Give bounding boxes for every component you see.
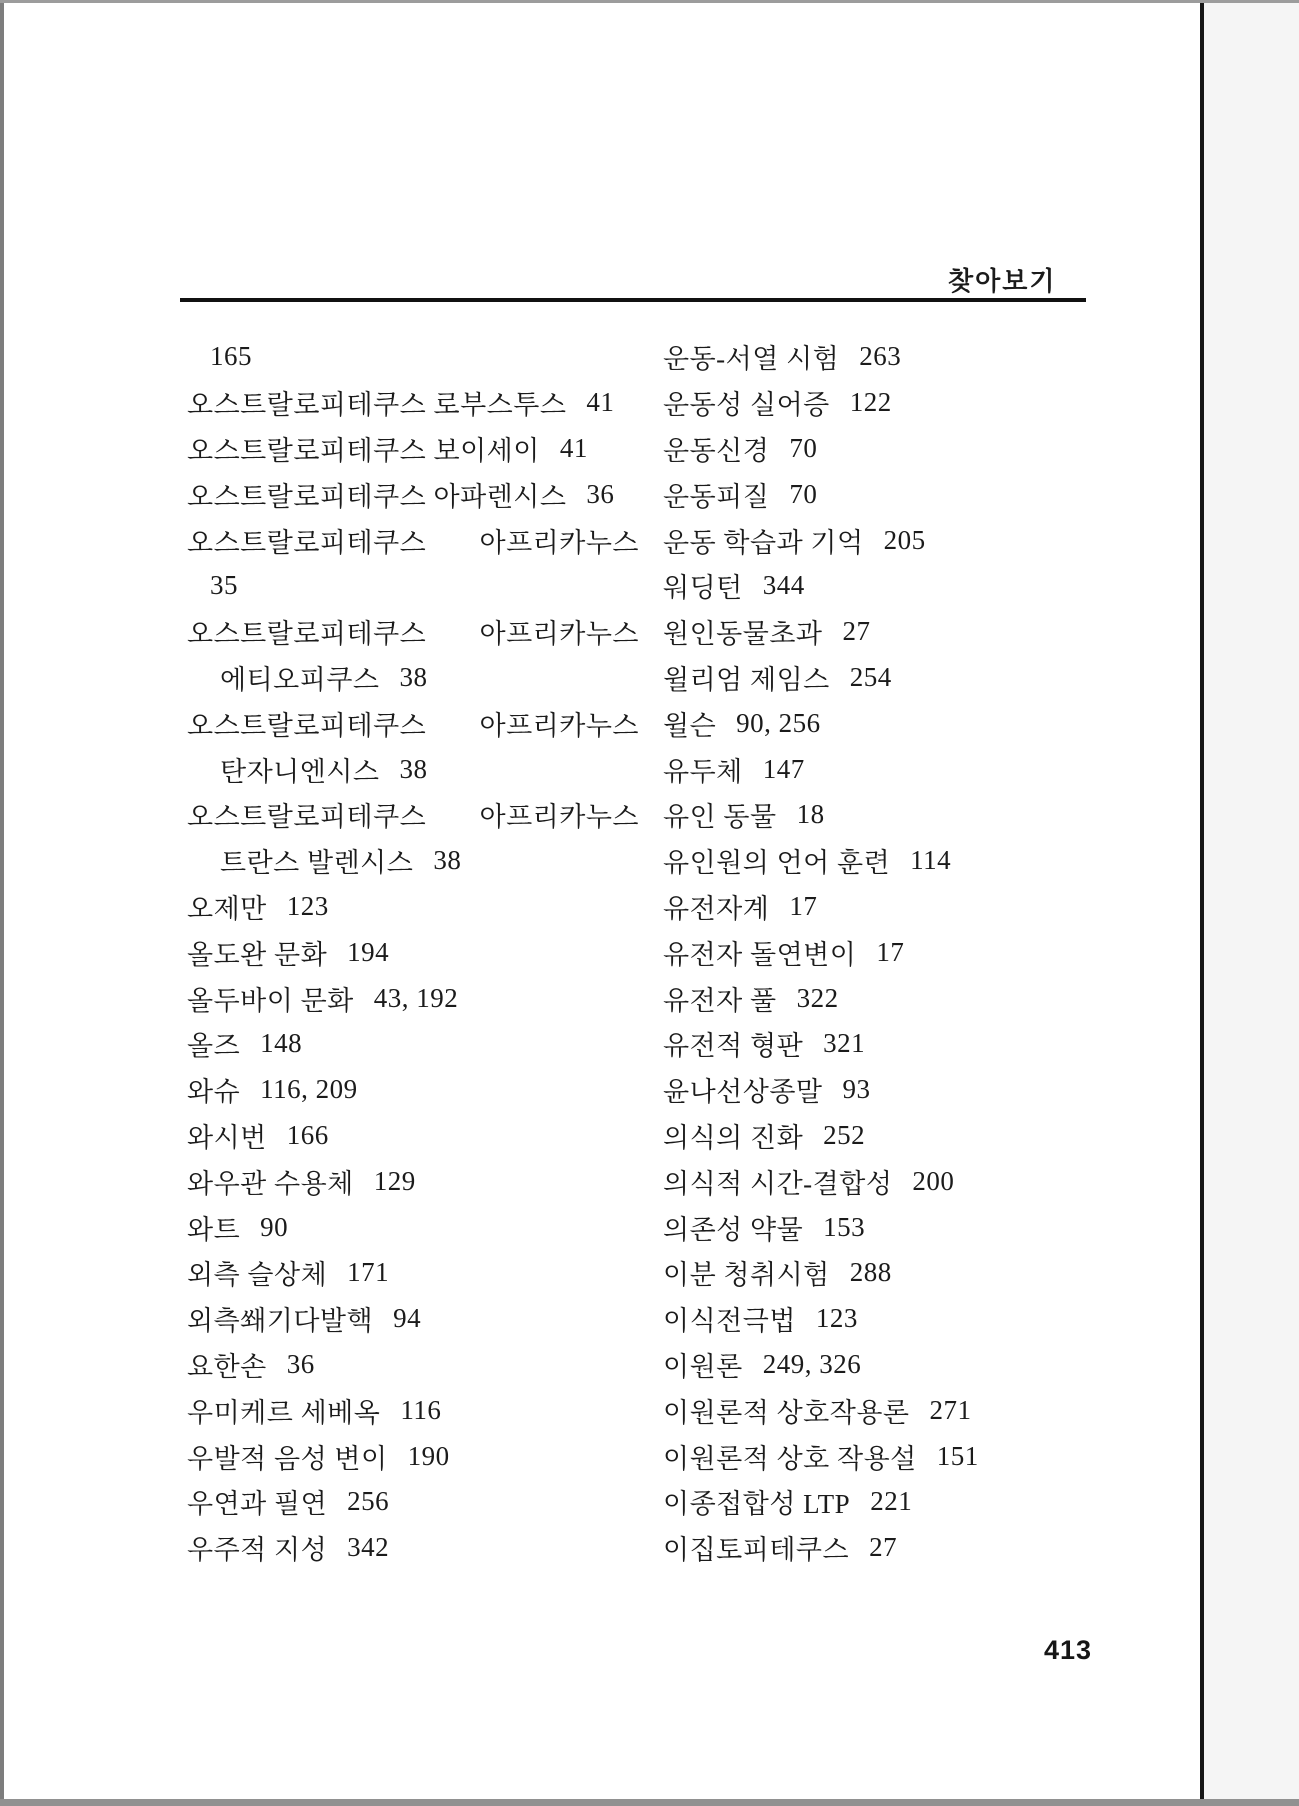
index-entry: 에티오피쿠스38 xyxy=(187,655,647,701)
index-term-continued: 아프리카누스 xyxy=(480,795,640,834)
index-page-numbers: 70 xyxy=(789,433,817,464)
index-entry: 유전적 형판321 xyxy=(663,1021,1083,1067)
index-term: 와트 xyxy=(187,1208,240,1247)
header-rule xyxy=(180,298,1086,302)
index-page-numbers: 38 xyxy=(400,662,428,693)
index-page-numbers: 153 xyxy=(823,1212,865,1243)
index-term: 윌슨 xyxy=(663,704,716,743)
index-term: 오스트랄로피테쿠스 아파렌시스 xyxy=(187,475,566,514)
index-term: 오스트랄로피테쿠스 xyxy=(187,795,426,834)
index-page-numbers: 151 xyxy=(937,1441,979,1472)
index-page-numbers: 41 xyxy=(560,433,588,464)
index-page-numbers: 263 xyxy=(859,341,901,372)
index-page-numbers: 221 xyxy=(870,1486,912,1517)
index-page-numbers: 147 xyxy=(763,754,805,785)
index-entry: 오스트랄로피테쿠스 아파렌시스36 xyxy=(187,471,647,517)
index-page-numbers: 70 xyxy=(789,479,817,510)
index-term: 오제만 xyxy=(187,887,267,926)
index-term: 유전적 형판 xyxy=(663,1024,803,1063)
index-page-numbers: 116 xyxy=(400,1395,441,1426)
index-entry: 이식전극법123 xyxy=(663,1296,1083,1342)
index-term-continued: 아프리카누스 xyxy=(480,612,640,651)
index-page-numbers: 288 xyxy=(850,1257,892,1288)
index-page-numbers: 93 xyxy=(843,1074,871,1105)
index-column-left: 165오스트랄로피테쿠스 로부스투스41오스트랄로피테쿠스 보이세이41오스트랄… xyxy=(187,334,647,1571)
index-entry: 유두체147 xyxy=(663,746,1083,792)
index-term: 와우관 수용체 xyxy=(187,1162,354,1201)
index-page-numbers: 116, 209 xyxy=(260,1074,358,1105)
index-term: 유전자 풀 xyxy=(663,979,777,1018)
index-entry: 운동신경70 xyxy=(663,426,1083,472)
index-term: 오스트랄로피테쿠스 보이세이 xyxy=(187,429,540,468)
index-page-numbers: 90 xyxy=(260,1212,288,1243)
index-term: 이원론적 상호작용론 xyxy=(663,1391,910,1430)
index-entry: 운동성 실어증122 xyxy=(663,380,1083,426)
index-entry: 요한손36 xyxy=(187,1342,647,1388)
index-term: 유인 동물 xyxy=(663,795,777,834)
index-term: 올즈 xyxy=(187,1024,240,1063)
index-entry: 이원론249, 326 xyxy=(663,1342,1083,1388)
index-page-numbers: 38 xyxy=(433,845,461,876)
index-term: 올두바이 문화 xyxy=(187,979,354,1018)
index-page-numbers: 321 xyxy=(823,1028,865,1059)
index-entry: 오제만123 xyxy=(187,884,647,930)
scan-bottom-edge xyxy=(0,1799,1299,1806)
index-term: 오스트랄로피테쿠스 xyxy=(187,704,426,743)
index-entry: 의식의 진화252 xyxy=(663,1113,1083,1159)
index-term: 요한손 xyxy=(187,1345,267,1384)
index-term: 윤나선상종말 xyxy=(663,1070,823,1109)
index-term: 탄자니엔시스 xyxy=(220,750,380,789)
index-term: 유전자계 xyxy=(663,887,769,926)
index-entry: 이원론적 상호작용론271 xyxy=(663,1387,1083,1433)
index-term: 운동성 실어증 xyxy=(663,383,830,422)
index-page-numbers: 249, 326 xyxy=(763,1349,862,1380)
index-page-numbers: 36 xyxy=(586,479,614,510)
index-page-numbers: 166 xyxy=(287,1120,329,1151)
index-page-numbers: 94 xyxy=(393,1303,421,1334)
index-page-numbers: 123 xyxy=(816,1303,858,1334)
index-term: 오스트랄로피테쿠스 로부스투스 xyxy=(187,383,566,422)
index-entry: 의존성 약물153 xyxy=(663,1204,1083,1250)
index-term: 운동피질 xyxy=(663,475,769,514)
index-entry: 우연과 필연256 xyxy=(187,1479,647,1525)
index-term: 와슈 xyxy=(187,1070,240,1109)
index-term: 운동 학습과 기억 xyxy=(663,521,864,560)
index-term: 와시번 xyxy=(187,1116,267,1155)
index-page-numbers: 342 xyxy=(347,1532,389,1563)
index-page-numbers: 123 xyxy=(287,891,329,922)
index-term: 트란스 발렌시스 xyxy=(220,841,413,880)
index-entry: 오스트랄로피테쿠스아프리카누스 xyxy=(187,517,647,563)
index-page-numbers: 205 xyxy=(884,525,926,556)
index-term: 유두체 xyxy=(663,750,743,789)
index-entry: 오스트랄로피테쿠스아프리카누스 xyxy=(187,609,647,655)
index-page-numbers: 129 xyxy=(374,1166,416,1197)
index-term: 워딩턴 xyxy=(663,566,743,605)
index-entry: 35 xyxy=(187,563,647,609)
index-entry: 165 xyxy=(187,334,647,380)
index-term: 우연과 필연 xyxy=(187,1482,327,1521)
index-column-right: 운동-서열 시험263운동성 실어증122운동신경70운동피질70운동 학습과 … xyxy=(663,334,1083,1571)
index-entry: 오스트랄로피테쿠스 로부스투스41 xyxy=(187,380,647,426)
index-term: 이원론적 상호 작용설 xyxy=(663,1437,917,1476)
page-number: 413 xyxy=(1044,1635,1092,1666)
index-entry: 유인 동물18 xyxy=(663,792,1083,838)
index-term: 우발적 음성 변이 xyxy=(187,1437,388,1476)
index-term-continued: 아프리카누스 xyxy=(480,704,640,743)
index-page-numbers: 322 xyxy=(797,983,839,1014)
index-page-numbers: 254 xyxy=(850,662,892,693)
index-entry: 외측 슬상체171 xyxy=(187,1250,647,1296)
index-page-numbers: 194 xyxy=(347,937,389,968)
index-term: 외측 슬상체 xyxy=(187,1253,327,1292)
index-term: 윌리엄 제임스 xyxy=(663,658,830,697)
index-entry: 올두바이 문화43, 192 xyxy=(187,975,647,1021)
index-entry: 유전자계17 xyxy=(663,884,1083,930)
index-entry: 오스트랄로피테쿠스아프리카누스 xyxy=(187,792,647,838)
index-page-numbers: 271 xyxy=(930,1395,972,1426)
index-term: 165 xyxy=(210,341,252,372)
index-term: 오스트랄로피테쿠스 xyxy=(187,612,426,651)
index-page-numbers: 114 xyxy=(910,845,951,876)
index-term: 에티오피쿠스 xyxy=(220,658,380,697)
index-term: 이식전극법 xyxy=(663,1299,796,1338)
index-term: 오스트랄로피테쿠스 xyxy=(187,521,426,560)
index-entry: 와시번166 xyxy=(187,1113,647,1159)
index-entry: 유전자 풀322 xyxy=(663,975,1083,1021)
index-entry: 이종접합성 LTP221 xyxy=(663,1479,1083,1525)
index-entry: 우미케르 세베옥116 xyxy=(187,1387,647,1433)
index-term: 우주적 지성 xyxy=(187,1528,327,1567)
index-term: 의존성 약물 xyxy=(663,1208,803,1247)
index-page-numbers: 148 xyxy=(260,1028,302,1059)
index-term: 운동-서열 시험 xyxy=(663,337,839,376)
index-entry: 운동-서열 시험263 xyxy=(663,334,1083,380)
index-term: 유인원의 언어 훈련 xyxy=(663,841,890,880)
index-term: 외측쐐기다발핵 xyxy=(187,1299,373,1338)
index-term: 의식적 시간-결합성 xyxy=(663,1162,892,1201)
index-entry: 이분 청취시험288 xyxy=(663,1250,1083,1296)
index-page-numbers: 256 xyxy=(347,1486,389,1517)
index-term: 올도완 문화 xyxy=(187,933,327,972)
index-term: 이종접합성 LTP xyxy=(663,1482,850,1521)
index-entry: 이원론적 상호 작용설151 xyxy=(663,1433,1083,1479)
index-page-numbers: 43, 192 xyxy=(374,983,459,1014)
index-entry: 올도완 문화194 xyxy=(187,929,647,975)
index-entry: 트란스 발렌시스38 xyxy=(187,838,647,884)
index-entry: 의식적 시간-결합성200 xyxy=(663,1158,1083,1204)
index-page-numbers: 27 xyxy=(843,616,871,647)
index-page-numbers: 344 xyxy=(763,570,805,601)
index-entry: 우발적 음성 변이190 xyxy=(187,1433,647,1479)
index-entry: 와트90 xyxy=(187,1204,647,1250)
index-term: 의식의 진화 xyxy=(663,1116,803,1155)
index-page-numbers: 41 xyxy=(586,387,614,418)
index-page-numbers: 38 xyxy=(400,754,428,785)
index-page-numbers: 27 xyxy=(869,1532,897,1563)
index-term: 이집토피테쿠스 xyxy=(663,1528,849,1567)
index-entry: 오스트랄로피테쿠스 보이세이41 xyxy=(187,426,647,472)
index-entry: 유전자 돌연변이17 xyxy=(663,929,1083,975)
index-page-numbers: 171 xyxy=(347,1257,389,1288)
index-entry: 윤나선상종말93 xyxy=(663,1067,1083,1113)
index-entry: 원인동물초과27 xyxy=(663,609,1083,655)
index-entry: 오스트랄로피테쿠스아프리카누스 xyxy=(187,700,647,746)
index-term: 운동신경 xyxy=(663,429,769,468)
index-entry: 운동 학습과 기억205 xyxy=(663,517,1083,563)
index-term: 이분 청취시험 xyxy=(663,1253,830,1292)
index-entry: 운동피질70 xyxy=(663,471,1083,517)
index-entry: 이집토피테쿠스27 xyxy=(663,1525,1083,1571)
index-page-numbers: 17 xyxy=(789,891,817,922)
index-page-numbers: 90, 256 xyxy=(736,708,821,739)
index-entry: 우주적 지성342 xyxy=(187,1525,647,1571)
index-entry: 윌리엄 제임스254 xyxy=(663,655,1083,701)
index-entry: 워딩턴344 xyxy=(663,563,1083,609)
index-entry: 올즈148 xyxy=(187,1021,647,1067)
index-page-numbers: 200 xyxy=(912,1166,954,1197)
page-header-title: 찾아보기 xyxy=(948,261,1056,298)
index-page-numbers: 36 xyxy=(287,1349,315,1380)
index-term: 원인동물초과 xyxy=(663,612,823,651)
index-entry: 윌슨90, 256 xyxy=(663,700,1083,746)
index-page-numbers: 252 xyxy=(823,1120,865,1151)
index-entry: 와우관 수용체129 xyxy=(187,1158,647,1204)
index-term-continued: 아프리카누스 xyxy=(480,521,640,560)
index-entry: 와슈116, 209 xyxy=(187,1067,647,1113)
index-entry: 외측쐐기다발핵94 xyxy=(187,1296,647,1342)
index-term: 유전자 돌연변이 xyxy=(663,933,856,972)
scanned-book-page: { "page": { "header": "찾아보기", "page_numb… xyxy=(0,0,1299,1806)
book-page: 찾아보기 165오스트랄로피테쿠스 로부스투스41오스트랄로피테쿠스 보이세이4… xyxy=(0,3,1204,1799)
index-term: 35 xyxy=(210,570,238,601)
index-entry: 유인원의 언어 훈련114 xyxy=(663,838,1083,884)
index-page-numbers: 190 xyxy=(408,1441,450,1472)
index-page-numbers: 18 xyxy=(797,799,825,830)
index-page-numbers: 17 xyxy=(876,937,904,968)
index-term: 이원론 xyxy=(663,1345,743,1384)
index-entry: 탄자니엔시스38 xyxy=(187,746,647,792)
index-term: 우미케르 세베옥 xyxy=(187,1391,380,1430)
index-page-numbers: 122 xyxy=(850,387,892,418)
